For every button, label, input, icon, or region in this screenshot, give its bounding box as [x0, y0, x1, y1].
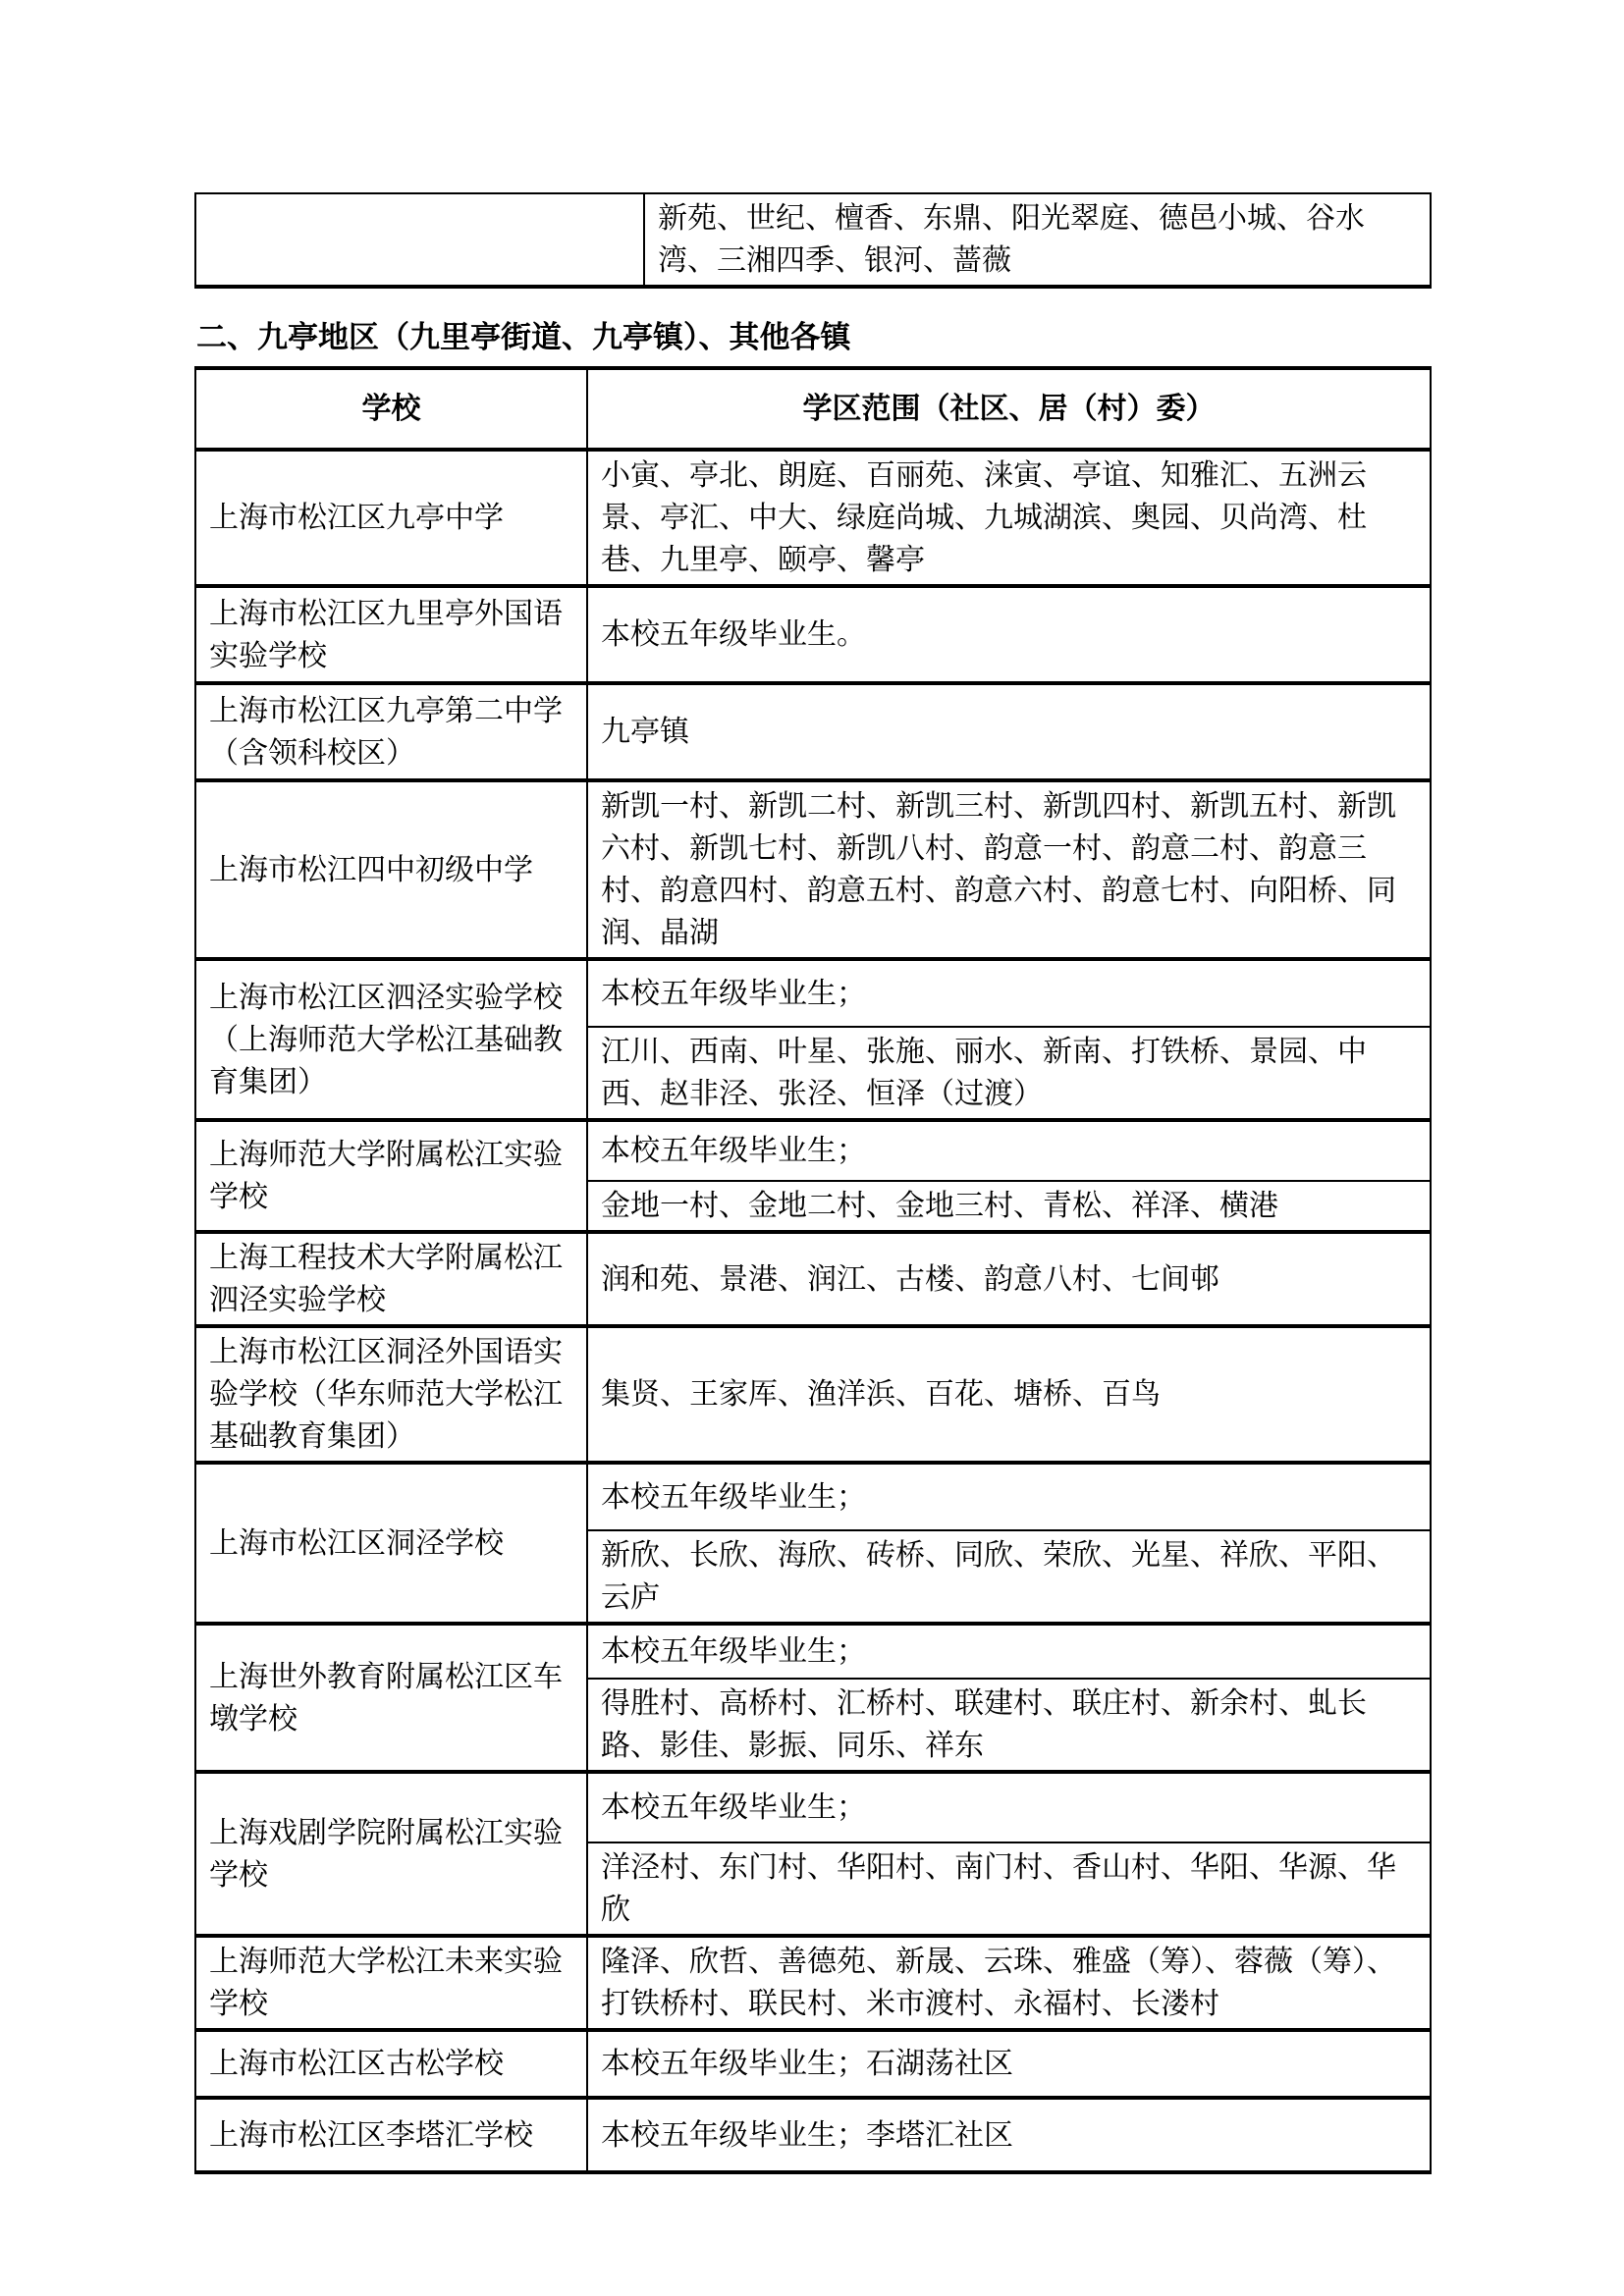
district-table: 学校 学区范围（社区、居（村）委） 上海市松江区九亭中学 小寅、亭北、朗庭、百丽… [194, 366, 1432, 2174]
district-cell: 隆泽、欣哲、善德苑、新晟、云珠、雅盛（筹）、蓉薇（筹）、打铁桥村、联民村、米市渡… [587, 1936, 1431, 2030]
table-row: 上海世外教育附属松江区车墩学校 本校五年级毕业生； [195, 1624, 1431, 1679]
district-cell: 江川、西南、叶星、张施、丽水、新南、打铁桥、景园、中西、赵非泾、张泾、恒泽（过渡… [587, 1027, 1431, 1120]
district-cell: 新欣、长欣、海欣、砖桥、同欣、荣欣、光星、祥欣、平阳、云庐 [587, 1530, 1431, 1624]
table-row: 上海师范大学附属松江实验学校 本校五年级毕业生； [195, 1120, 1431, 1181]
table-row: 上海戏剧学院附属松江实验学校 本校五年级毕业生； [195, 1772, 1431, 1842]
table-row: 上海市松江区九亭中学 小寅、亭北、朗庭、百丽苑、涞寅、亭谊、知雅汇、五洲云景、亭… [195, 450, 1431, 586]
section-heading: 二、九亭地区（九里亭街道、九亭镇）、其他各镇 [196, 318, 851, 357]
table-row: 上海市松江区李塔汇学校 本校五年级毕业生；李塔汇社区 [195, 2098, 1431, 2172]
table-row: 上海市松江区九亭第二中学（含领科校区） 九亭镇 [195, 683, 1431, 780]
school-cell: 上海市松江区九亭第二中学（含领科校区） [195, 683, 587, 780]
school-cell: 上海市松江区泗泾实验学校（上海师范大学松江基础教育集团） [195, 959, 587, 1120]
school-cell: 上海戏剧学院附属松江实验学校 [195, 1772, 587, 1936]
document-page: 新苑、世纪、檀香、东鼎、阳光翠庭、德邑小城、谷水湾、三湘四季、银河、蔷薇 二、九… [0, 0, 1624, 2296]
district-table-wrap: 学校 学区范围（社区、居（村）委） 上海市松江区九亭中学 小寅、亭北、朗庭、百丽… [194, 366, 1432, 2174]
table-header-row: 学校 学区范围（社区、居（村）委） [195, 368, 1431, 450]
school-cell: 上海市松江区洞泾学校 [195, 1463, 587, 1624]
district-cell: 本校五年级毕业生； [587, 1120, 1431, 1181]
district-cell: 本校五年级毕业生； [587, 959, 1431, 1027]
district-cell: 九亭镇 [587, 683, 1431, 780]
district-cell: 本校五年级毕业生； [587, 1463, 1431, 1530]
header-school: 学校 [195, 368, 587, 450]
table-row: 新苑、世纪、檀香、东鼎、阳光翠庭、德邑小城、谷水湾、三湘四季、银河、蔷薇 [195, 193, 1431, 287]
continued-table: 新苑、世纪、檀香、东鼎、阳光翠庭、德邑小城、谷水湾、三湘四季、银河、蔷薇 [194, 192, 1432, 289]
school-cell: 上海世外教育附属松江区车墩学校 [195, 1624, 587, 1772]
school-cell: 上海市松江区洞泾外国语实验学校（华东师范大学松江基础教育集团） [195, 1326, 587, 1463]
district-cell: 本校五年级毕业生；李塔汇社区 [587, 2098, 1431, 2172]
district-cell: 本校五年级毕业生； [587, 1772, 1431, 1842]
table-row: 上海市松江区洞泾学校 本校五年级毕业生； [195, 1463, 1431, 1530]
school-cell: 上海师范大学附属松江实验学校 [195, 1120, 587, 1232]
table-row: 上海市松江区古松学校 本校五年级毕业生；石湖荡社区 [195, 2030, 1431, 2098]
district-cell: 新凯一村、新凯二村、新凯三村、新凯四村、新凯五村、新凯六村、新凯七村、新凯八村、… [587, 780, 1431, 959]
header-district: 学区范围（社区、居（村）委） [587, 368, 1431, 450]
school-cell: 上海师范大学松江未来实验学校 [195, 1936, 587, 2030]
district-cell: 得胜村、高桥村、汇桥村、联建村、联庄村、新余村、虬长路、影佳、影振、同乐、祥东 [587, 1679, 1431, 1772]
table-row: 上海市松江区九里亭外国语实验学校 本校五年级毕业生。 [195, 586, 1431, 683]
school-cell: 上海市松江区古松学校 [195, 2030, 587, 2098]
school-cell-empty [195, 193, 644, 287]
table-row: 上海市松江四中初级中学 新凯一村、新凯二村、新凯三村、新凯四村、新凯五村、新凯六… [195, 780, 1431, 959]
table-row: 上海工程技术大学附属松江泗泾实验学校 润和苑、景港、润江、古楼、韵意八村、七间邨 [195, 1232, 1431, 1326]
table-row: 上海市松江区泗泾实验学校（上海师范大学松江基础教育集团） 本校五年级毕业生； [195, 959, 1431, 1027]
district-cell: 本校五年级毕业生； [587, 1624, 1431, 1679]
table-row: 上海师范大学松江未来实验学校 隆泽、欣哲、善德苑、新晟、云珠、雅盛（筹）、蓉薇（… [195, 1936, 1431, 2030]
school-cell: 上海市松江区李塔汇学校 [195, 2098, 587, 2172]
district-cell: 洋泾村、东门村、华阳村、南门村、香山村、华阳、华源、华欣 [587, 1842, 1431, 1936]
district-cell: 金地一村、金地二村、金地三村、青松、祥泽、横港 [587, 1181, 1431, 1232]
school-cell: 上海市松江四中初级中学 [195, 780, 587, 959]
district-cell: 小寅、亭北、朗庭、百丽苑、涞寅、亭谊、知雅汇、五洲云景、亭汇、中大、绿庭尚城、九… [587, 450, 1431, 586]
district-cell: 本校五年级毕业生；石湖荡社区 [587, 2030, 1431, 2098]
school-cell: 上海工程技术大学附属松江泗泾实验学校 [195, 1232, 587, 1326]
district-cell: 新苑、世纪、檀香、东鼎、阳光翠庭、德邑小城、谷水湾、三湘四季、银河、蔷薇 [644, 193, 1431, 287]
table-row: 上海市松江区洞泾外国语实验学校（华东师范大学松江基础教育集团） 集贤、王家厍、渔… [195, 1326, 1431, 1463]
district-cell: 本校五年级毕业生。 [587, 586, 1431, 683]
district-cell: 润和苑、景港、润江、古楼、韵意八村、七间邨 [587, 1232, 1431, 1326]
school-cell: 上海市松江区九亭中学 [195, 450, 587, 586]
continued-table-fragment: 新苑、世纪、檀香、东鼎、阳光翠庭、德邑小城、谷水湾、三湘四季、银河、蔷薇 [194, 192, 1432, 289]
district-cell: 集贤、王家厍、渔洋浜、百花、塘桥、百鸟 [587, 1326, 1431, 1463]
school-cell: 上海市松江区九里亭外国语实验学校 [195, 586, 587, 683]
